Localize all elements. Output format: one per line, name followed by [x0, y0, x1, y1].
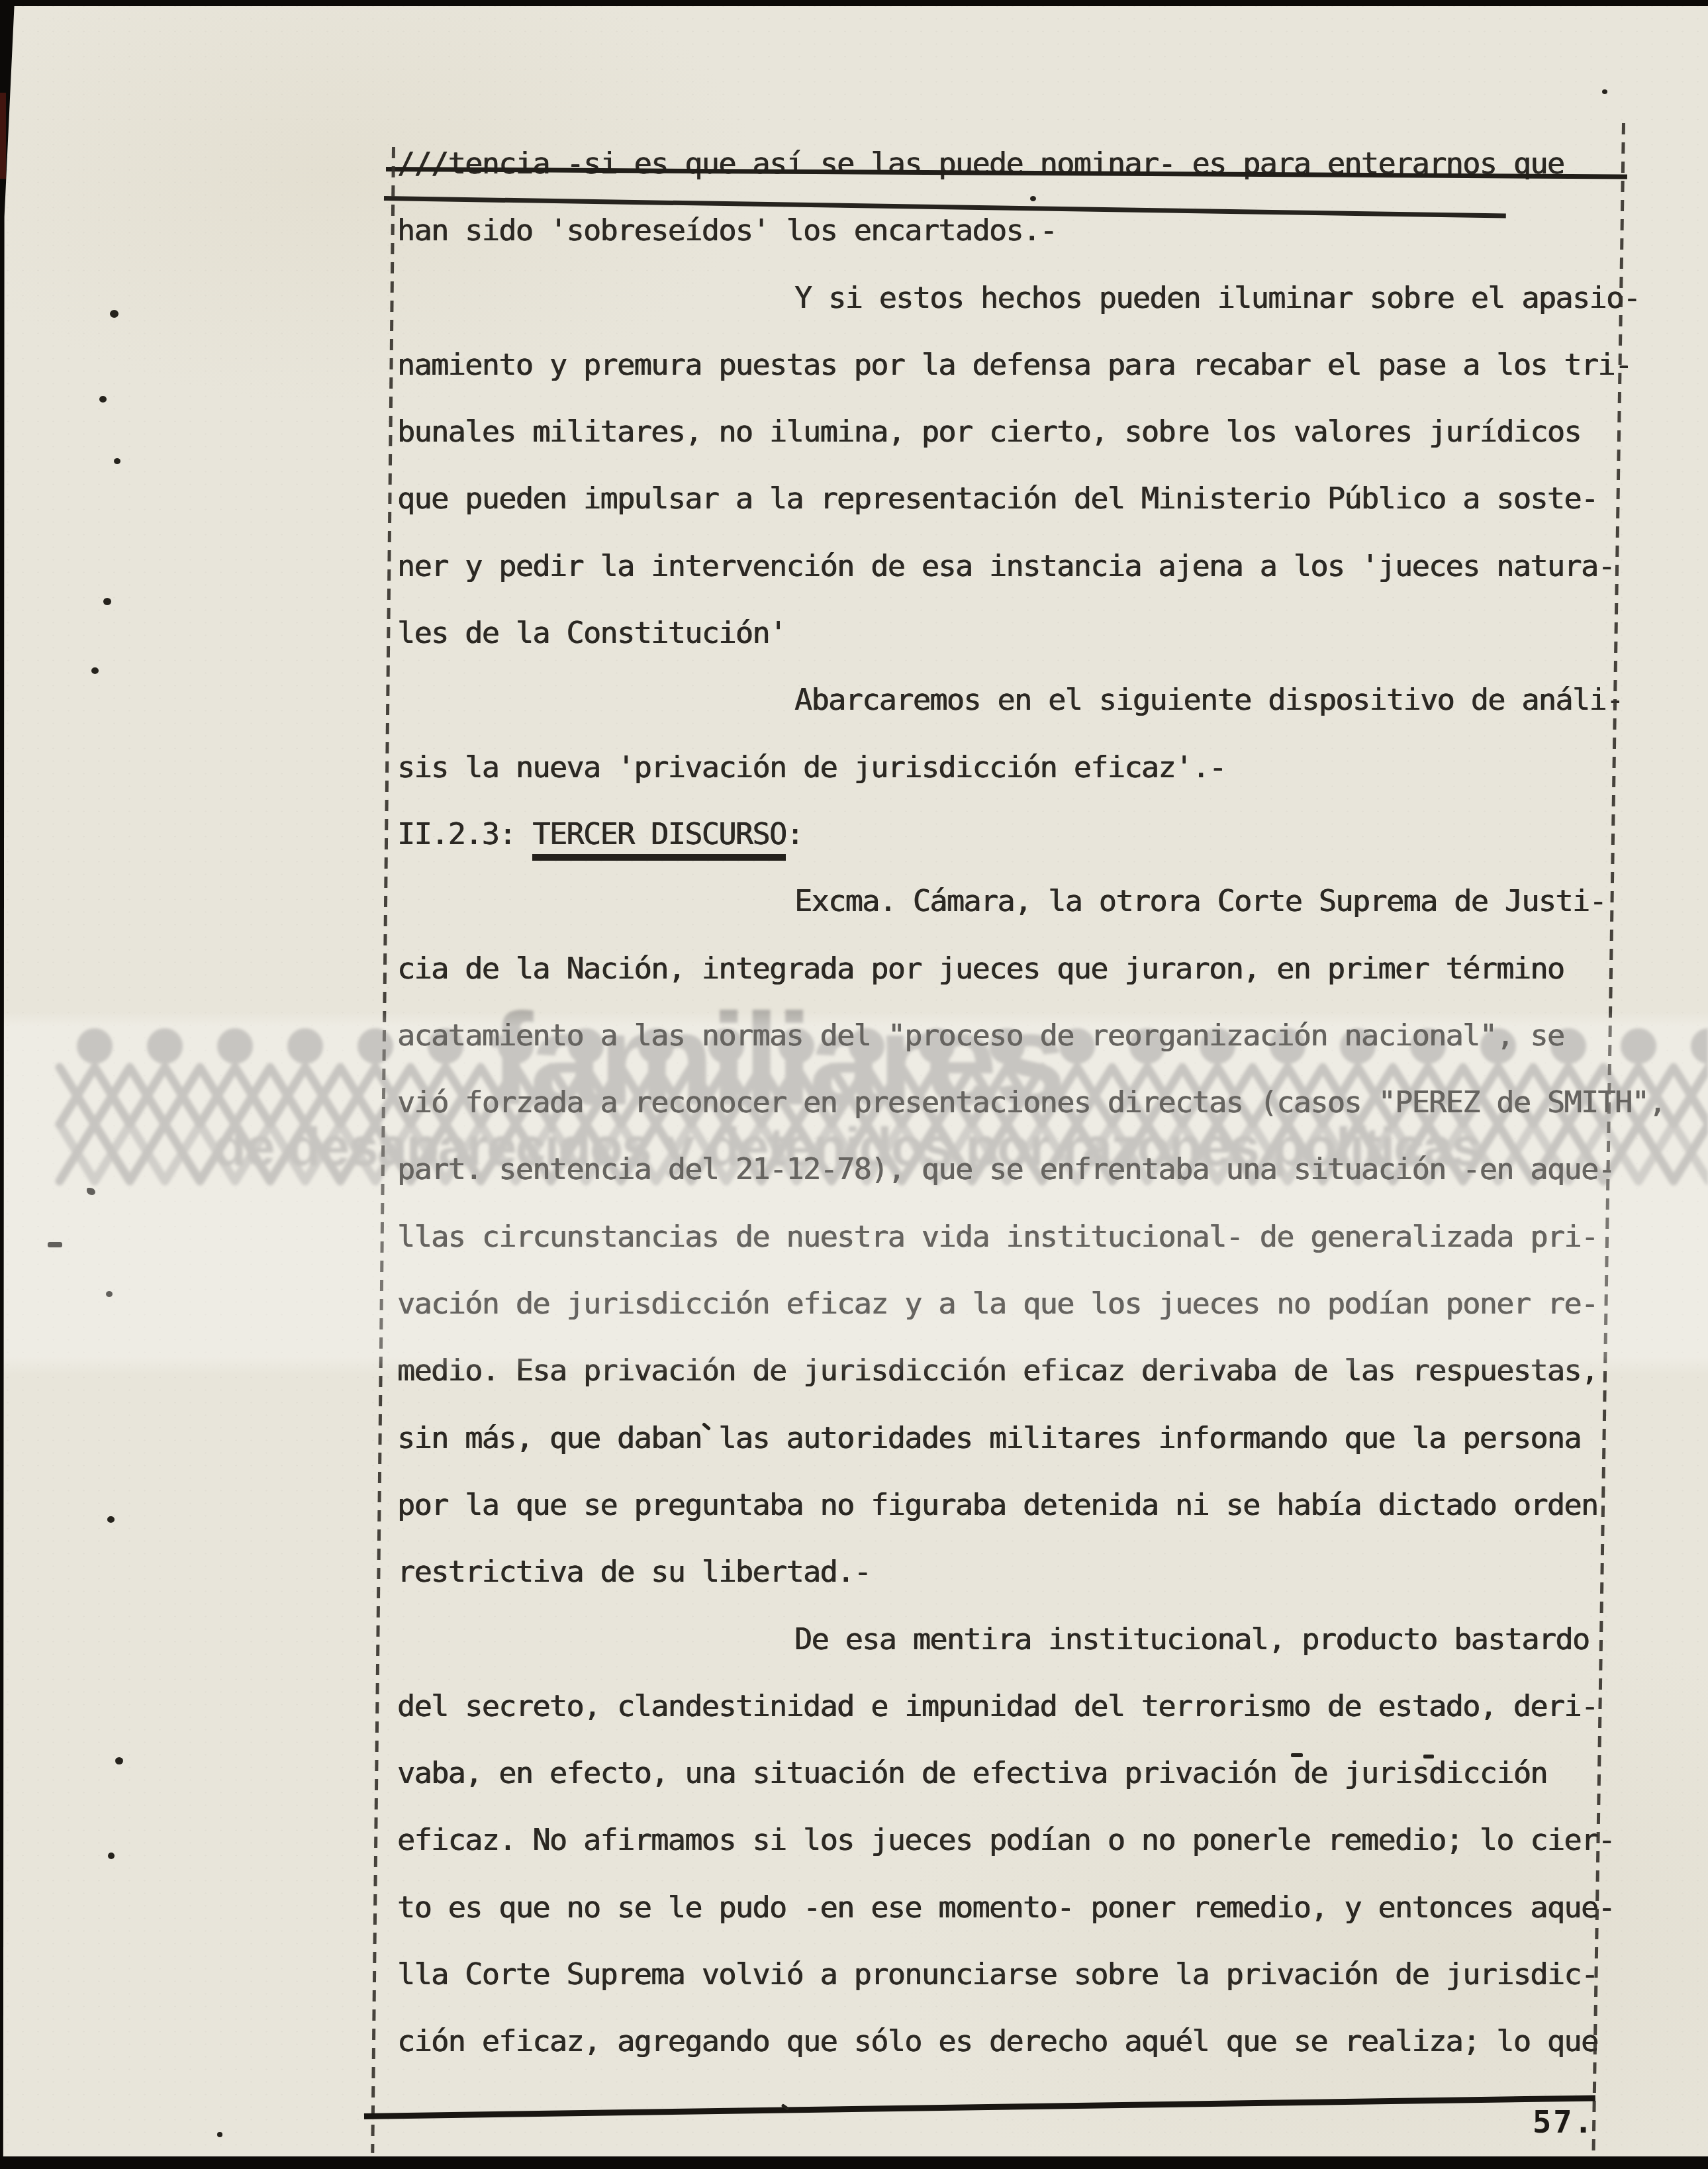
- section-heading: II.2.3: TERCER DISCURSO:: [397, 800, 1666, 867]
- ink-speck: [115, 1757, 123, 1764]
- typed-line: del secreto, clandestinidad e impunidad …: [397, 1672, 1666, 1739]
- page-number: 57.: [1533, 2104, 1595, 2141]
- section-title: TERCER DISCURSO: [532, 816, 786, 861]
- ink-speck: [107, 1516, 115, 1523]
- typed-line: lla Corte Suprema volvió a pronunciarse …: [397, 1941, 1666, 2007]
- typed-line: to es que no se le pudo -en ese momento-…: [397, 1874, 1666, 1941]
- ink-speck: [1423, 1755, 1434, 1759]
- ink-speck: [87, 1188, 95, 1195]
- typed-line: eficaz. No afirmamos si los jueces podía…: [397, 1806, 1666, 1873]
- ink-speck: [110, 310, 119, 318]
- typed-line: sis la nueva 'privación de jurisdicción …: [397, 734, 1666, 800]
- typed-line: llas circunstancias de nuestra vida inst…: [397, 1203, 1666, 1270]
- typed-line: acatamiento a las normas del "proceso de…: [397, 1002, 1666, 1069]
- section-title-colon: :: [786, 816, 803, 851]
- typed-line: De esa mentira institucional, producto b…: [397, 1606, 1666, 1672]
- typed-line: ner y pedir la intervención de esa insta…: [397, 532, 1666, 599]
- ink-speck: [99, 396, 107, 403]
- typed-line: ción eficaz, agregando que sólo es derec…: [397, 2007, 1666, 2074]
- typed-line: Y si estos hechos pueden iluminar sobre …: [397, 264, 1666, 331]
- typed-line: restrictiva de su libertad.-: [397, 1538, 1666, 1605]
- typed-line: medio. Esa privación de jurisdicción efi…: [397, 1337, 1666, 1404]
- ink-speck: [108, 1853, 115, 1859]
- typed-line: sin más, que daban las autoridades milit…: [397, 1404, 1666, 1471]
- ink-speck: [1030, 196, 1036, 201]
- typed-line: vió forzada a reconocer en presentacione…: [397, 1069, 1666, 1135]
- ink-speck: [48, 1242, 62, 1247]
- typed-line: vaba, en efecto, una situación de efecti…: [397, 1739, 1666, 1806]
- typed-line: les de la Constitución': [397, 599, 1666, 666]
- typed-line: Excma. Cámara, la otrora Corte Suprema d…: [397, 867, 1666, 934]
- ink-speck: [1602, 89, 1607, 94]
- scan-edge-red-tint: [0, 93, 6, 179]
- ink-speck: [114, 458, 120, 464]
- ink-speck: [103, 598, 111, 605]
- ink-speck: [217, 2132, 222, 2137]
- typed-line: part. sentencia del 21-12-78), que se en…: [397, 1135, 1666, 1202]
- typed-text-block: ///tencia -si es que así se las puede no…: [397, 130, 1666, 2075]
- typed-line: namiento y premura puestas por la defens…: [397, 331, 1666, 398]
- typed-line: cia de la Nación, integrada por jueces q…: [397, 935, 1666, 1002]
- ink-speck: [1291, 1753, 1303, 1757]
- ink-speck: [106, 1291, 113, 1297]
- typed-line: que pueden impulsar a la representación …: [397, 465, 1666, 532]
- section-number: II.2.3:: [397, 816, 532, 851]
- typed-line: Abarcaremos en el siguiente dispositivo …: [397, 666, 1666, 733]
- scanned-document-page: familiares de desaparecidos y detenidos …: [0, 0, 1708, 2169]
- ink-speck: [91, 667, 99, 674]
- scan-edge-top: [0, 0, 1708, 6]
- scan-edge-bottom: [0, 2156, 1708, 2169]
- typed-line: por la que se preguntaba no figuraba det…: [397, 1471, 1666, 1538]
- typed-line: bunales militares, no ilumina, por ciert…: [397, 398, 1666, 465]
- typed-line: ///tencia -si es que así se las puede no…: [397, 130, 1666, 197]
- typed-line: vación de jurisdicción eficaz y a la que…: [397, 1270, 1666, 1337]
